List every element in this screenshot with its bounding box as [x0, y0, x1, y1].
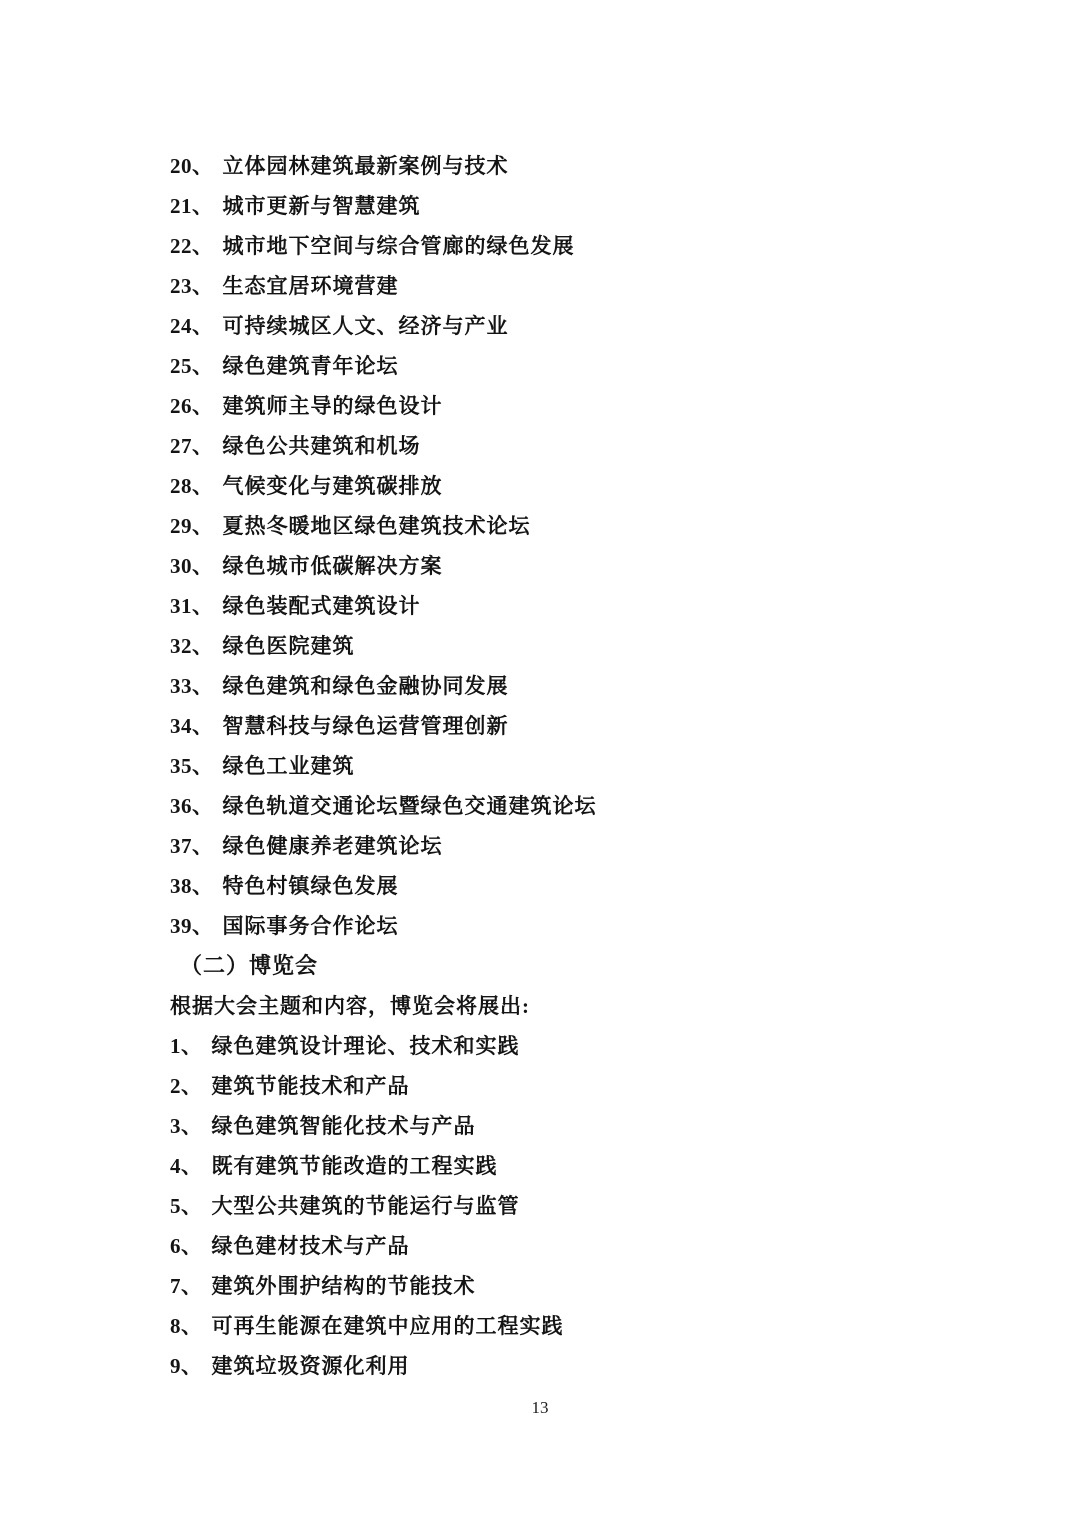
- item-text: 建筑节能技术和产品: [212, 1074, 410, 1098]
- list-item: 39、国际事务合作论坛: [170, 906, 990, 946]
- list-item: 37、绿色健康养老建筑论坛: [170, 826, 990, 866]
- list-item: 25、绿色建筑青年论坛: [170, 346, 990, 386]
- list-item: 32、绿色医院建筑: [170, 626, 990, 666]
- list-item: 8、可再生能源在建筑中应用的工程实践: [170, 1306, 990, 1346]
- item-number: 37、: [170, 834, 214, 858]
- item-text: 可再生能源在建筑中应用的工程实践: [212, 1314, 564, 1338]
- item-text: 绿色健康养老建筑论坛: [223, 834, 443, 858]
- list-item: 35、绿色工业建筑: [170, 746, 990, 786]
- item-text: 绿色建筑青年论坛: [223, 354, 399, 378]
- item-text: 生态宜居环境营建: [223, 274, 399, 298]
- item-number: 21、: [170, 194, 214, 218]
- list-item: 22、城市地下空间与综合管廊的绿色发展: [170, 226, 990, 266]
- list-item: 21、城市更新与智慧建筑: [170, 186, 990, 226]
- list-item: 6、绿色建材技术与产品: [170, 1226, 990, 1266]
- item-number: 36、: [170, 794, 214, 818]
- list-item: 31、绿色装配式建筑设计: [170, 586, 990, 626]
- item-number: 32、: [170, 634, 214, 658]
- item-number: 27、: [170, 434, 214, 458]
- item-number: 2、: [170, 1074, 203, 1098]
- list-item: 4、既有建筑节能改造的工程实践: [170, 1146, 990, 1186]
- list-item: 34、智慧科技与绿色运营管理创新: [170, 706, 990, 746]
- item-text: 气候变化与建筑碳排放: [223, 474, 443, 498]
- item-number: 28、: [170, 474, 214, 498]
- item-text: 立体园林建筑最新案例与技术: [223, 154, 509, 178]
- item-text: 绿色建筑设计理论、技术和实践: [212, 1034, 520, 1058]
- item-text: 建筑外围护结构的节能技术: [212, 1274, 476, 1298]
- list-item: 2、建筑节能技术和产品: [170, 1066, 990, 1106]
- item-number: 8、: [170, 1314, 203, 1338]
- item-number: 26、: [170, 394, 214, 418]
- list-item: 3、绿色建筑智能化技术与产品: [170, 1106, 990, 1146]
- list-item: 23、生态宜居环境营建: [170, 266, 990, 306]
- item-number: 24、: [170, 314, 214, 338]
- item-text: 建筑垃圾资源化利用: [212, 1354, 410, 1378]
- item-number: 30、: [170, 554, 214, 578]
- item-number: 22、: [170, 234, 214, 258]
- item-number: 35、: [170, 754, 214, 778]
- forum-topic-list: 20、立体园林建筑最新案例与技术21、城市更新与智慧建筑22、城市地下空间与综合…: [170, 146, 990, 946]
- item-text: 建筑师主导的绿色设计: [223, 394, 443, 418]
- item-text: 夏热冬暖地区绿色建筑技术论坛: [223, 514, 531, 538]
- item-number: 33、: [170, 674, 214, 698]
- list-item: 30、绿色城市低碳解决方案: [170, 546, 990, 586]
- page-number: 13: [0, 1398, 1080, 1418]
- item-text: 既有建筑节能改造的工程实践: [212, 1154, 498, 1178]
- item-number: 3、: [170, 1114, 203, 1138]
- item-text: 特色村镇绿色发展: [223, 874, 399, 898]
- item-text: 绿色装配式建筑设计: [223, 594, 421, 618]
- expo-intro-text: 根据大会主题和内容，博览会将展出:: [170, 986, 990, 1026]
- list-item: 28、气候变化与建筑碳排放: [170, 466, 990, 506]
- item-number: 5、: [170, 1194, 203, 1218]
- item-number: 38、: [170, 874, 214, 898]
- item-text: 大型公共建筑的节能运行与监管: [212, 1194, 520, 1218]
- list-item: 24、可持续城区人文、经济与产业: [170, 306, 990, 346]
- item-number: 1、: [170, 1034, 203, 1058]
- item-number: 39、: [170, 914, 214, 938]
- item-text: 绿色建筑智能化技术与产品: [212, 1114, 476, 1138]
- expo-topic-list: 1、绿色建筑设计理论、技术和实践2、建筑节能技术和产品3、绿色建筑智能化技术与产…: [170, 1026, 990, 1386]
- item-number: 34、: [170, 714, 214, 738]
- list-item: 36、绿色轨道交通论坛暨绿色交通建筑论坛: [170, 786, 990, 826]
- list-item: 5、大型公共建筑的节能运行与监管: [170, 1186, 990, 1226]
- item-text: 绿色建筑和绿色金融协同发展: [223, 674, 509, 698]
- item-text: 绿色工业建筑: [223, 754, 355, 778]
- item-text: 绿色医院建筑: [223, 634, 355, 658]
- list-item: 7、建筑外围护结构的节能技术: [170, 1266, 990, 1306]
- item-number: 9、: [170, 1354, 203, 1378]
- document-page: 20、立体园林建筑最新案例与技术21、城市更新与智慧建筑22、城市地下空间与综合…: [0, 0, 1080, 1527]
- item-number: 7、: [170, 1274, 203, 1298]
- item-number: 20、: [170, 154, 214, 178]
- item-number: 31、: [170, 594, 214, 618]
- item-text: 智慧科技与绿色运营管理创新: [223, 714, 509, 738]
- item-number: 25、: [170, 354, 214, 378]
- item-text: 绿色轨道交通论坛暨绿色交通建筑论坛: [223, 794, 597, 818]
- item-text: 国际事务合作论坛: [223, 914, 399, 938]
- item-number: 23、: [170, 274, 214, 298]
- list-item: 1、绿色建筑设计理论、技术和实践: [170, 1026, 990, 1066]
- item-text: 绿色城市低碳解决方案: [223, 554, 443, 578]
- list-item: 33、绿色建筑和绿色金融协同发展: [170, 666, 990, 706]
- section-heading-expo: （二）博览会: [170, 946, 990, 986]
- list-item: 20、立体园林建筑最新案例与技术: [170, 146, 990, 186]
- list-item: 9、建筑垃圾资源化利用: [170, 1346, 990, 1386]
- list-item: 38、特色村镇绿色发展: [170, 866, 990, 906]
- list-item: 26、建筑师主导的绿色设计: [170, 386, 990, 426]
- item-number: 6、: [170, 1234, 203, 1258]
- item-number: 29、: [170, 514, 214, 538]
- list-item: 27、绿色公共建筑和机场: [170, 426, 990, 466]
- item-text: 城市更新与智慧建筑: [223, 194, 421, 218]
- page-content: 20、立体园林建筑最新案例与技术21、城市更新与智慧建筑22、城市地下空间与综合…: [170, 146, 990, 1386]
- list-item: 29、夏热冬暖地区绿色建筑技术论坛: [170, 506, 990, 546]
- item-text: 绿色建材技术与产品: [212, 1234, 410, 1258]
- item-text: 可持续城区人文、经济与产业: [223, 314, 509, 338]
- item-text: 城市地下空间与综合管廊的绿色发展: [223, 234, 575, 258]
- item-number: 4、: [170, 1154, 203, 1178]
- item-text: 绿色公共建筑和机场: [223, 434, 421, 458]
